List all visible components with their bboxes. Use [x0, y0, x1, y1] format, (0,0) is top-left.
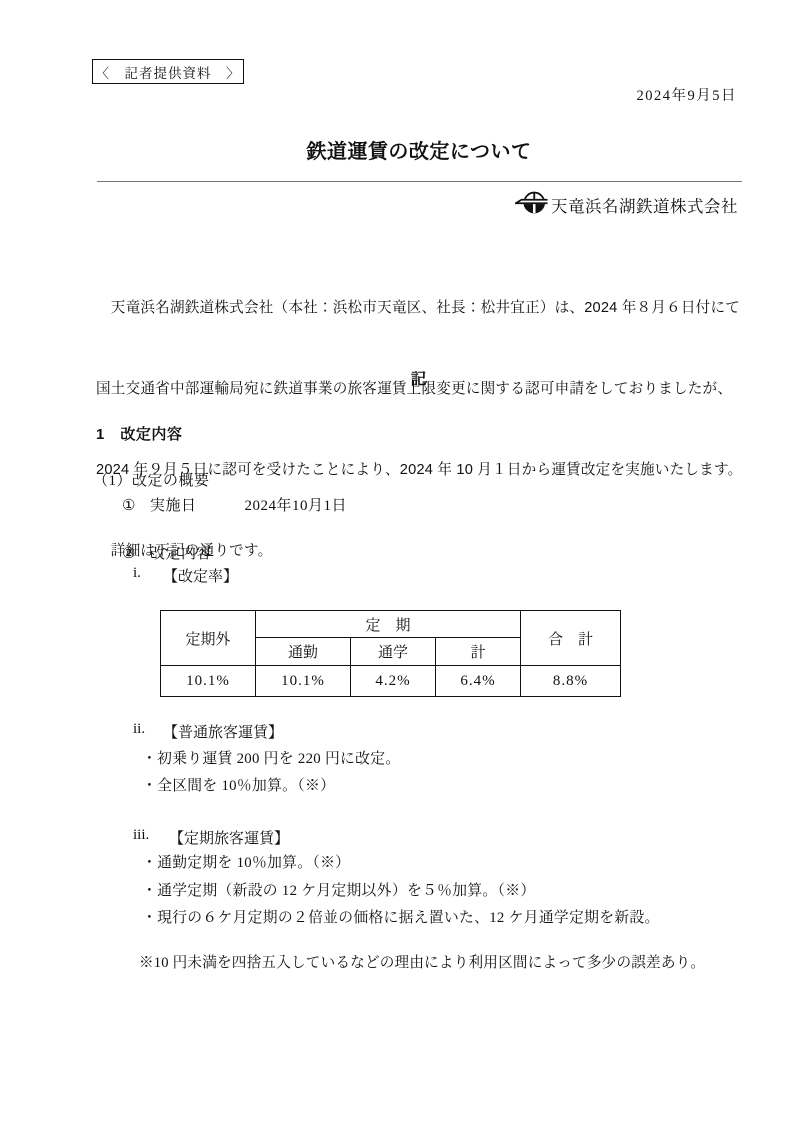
railway-company-logo-icon: [515, 189, 548, 221]
implementation-date-item: ①実施日2024年10月1日: [122, 494, 347, 515]
roman-ii-marker: ii.: [133, 721, 163, 742]
document-page: 〈 記者提供資料 〉 2024年9月5日 鉄道運賃の改定について 天竜浜名湖鉄道…: [0, 0, 793, 1123]
section-1-heading: 1 改定内容: [96, 423, 182, 444]
rounding-footnote: ※10 円未満を四捨五入しているなどの理由により利用区間によって多少の誤差あり。: [139, 951, 705, 972]
subheader-cell-tsukin: 通勤: [256, 638, 351, 666]
value-cell-tsukin: 10.1%: [256, 666, 351, 697]
implementation-date-label: 実施日: [150, 498, 197, 514]
subheader-cell-tsugaku: 通学: [351, 638, 436, 666]
commuter-fare-bullet: ・現行の６ケ月定期の２倍並の価格に据え置いた、12 ケ月通学定期を新設。: [142, 906, 660, 927]
value-cell-gokei: 8.8%: [521, 666, 621, 697]
document-date: 2024年9月5日: [637, 84, 738, 105]
roman-i-marker: i.: [133, 565, 163, 586]
intro-line: 天竜浜名湖鉄道株式会社（本社：浜松市天竜区、社長：松井宜正）は、2024 年８月…: [96, 295, 746, 322]
revision-rate-title: 【改定率】: [163, 565, 238, 586]
value-cell-kei: 6.4%: [436, 666, 521, 697]
header-cell-teiki: 定 期: [256, 611, 521, 638]
header-cell-gokei: 合 計: [521, 611, 621, 666]
press-material-label: 〈 記者提供資料 〉: [96, 62, 241, 82]
implementation-date-value: 2024年10月1日: [244, 498, 347, 514]
header-cell-teikigai: 定期外: [161, 611, 256, 666]
ordinary-fare-heading: ii. 【普通旅客運賃】: [133, 721, 283, 742]
table-values-row: 10.1% 10.1% 4.2% 6.4% 8.8%: [161, 666, 621, 697]
page-title: 鉄道運賃の改定について: [96, 135, 742, 164]
commuter-fare-bullet: ・通学定期（新設の 12 ケ月定期以外）を５％加算。（※）: [142, 879, 535, 900]
subsection-1-heading: （1）改定の概要: [93, 469, 210, 490]
commuter-fare-title: 【定期旅客運賃】: [169, 827, 289, 848]
ordinary-fare-bullet: ・全区間を 10％加算。（※）: [142, 774, 335, 795]
fare-revision-table: 定期外 定 期 合 計 通勤 通学 計 10.1% 10.1% 4.2% 6.4…: [160, 610, 621, 697]
commuter-fare-bullet: ・通勤定期を 10％加算。（※）: [142, 851, 350, 872]
ki-marker: 記: [96, 367, 742, 389]
subheader-cell-kei: 計: [436, 638, 521, 666]
table-header-row: 定期外 定 期 合 計: [161, 611, 621, 638]
commuter-fare-heading: iii. 【定期旅客運賃】: [133, 827, 289, 848]
circled-1-marker: ①: [122, 498, 136, 514]
revision-content-label: 改定内容: [150, 546, 212, 562]
company-signature: 天竜浜名湖鉄道株式会社: [515, 189, 738, 221]
revision-rate-heading: i. 【改定率】: [133, 565, 238, 586]
horizontal-rule: [97, 181, 742, 182]
press-material-box: 〈 記者提供資料 〉: [92, 59, 244, 84]
roman-iii-marker: iii.: [133, 827, 169, 848]
revision-content-item: ②改定内容: [122, 542, 212, 563]
value-cell-tsugaku: 4.2%: [351, 666, 436, 697]
company-name: 天竜浜名湖鉄道株式会社: [551, 193, 738, 217]
ordinary-fare-bullet: ・初乗り運賃 200 円を 220 円に改定。: [142, 747, 400, 768]
circled-2-marker: ②: [122, 546, 136, 562]
ordinary-fare-title: 【普通旅客運賃】: [163, 721, 283, 742]
value-cell-teikigai: 10.1%: [161, 666, 256, 697]
